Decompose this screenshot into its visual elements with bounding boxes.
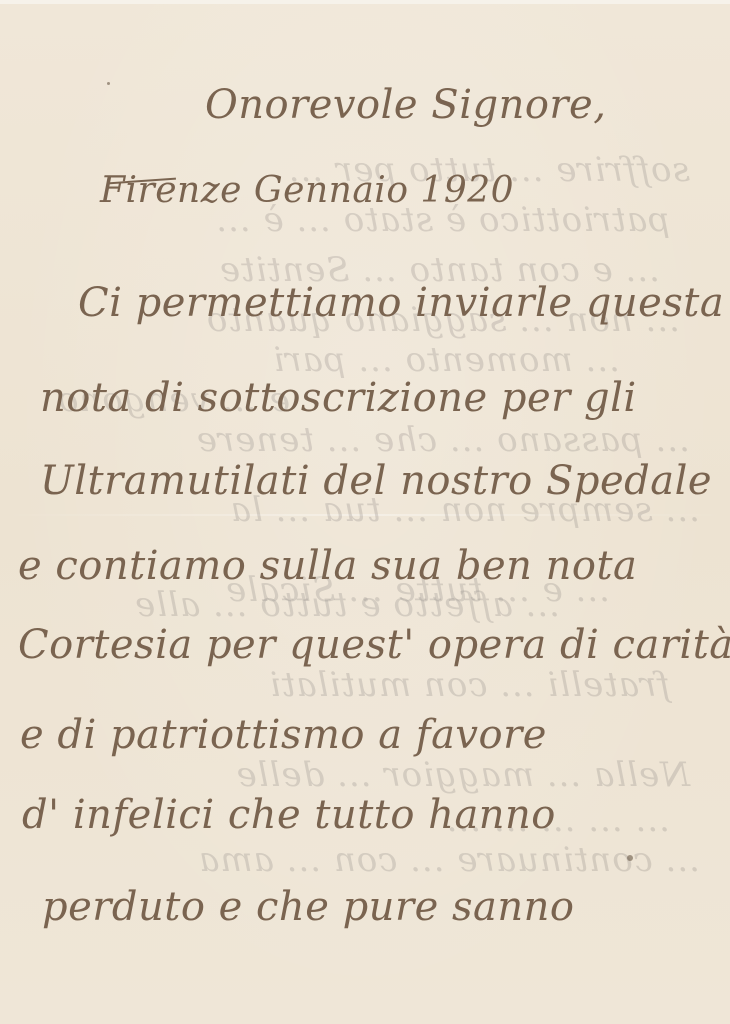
ink-blot xyxy=(627,855,633,861)
show-through-line: fratelli ... con mutilati xyxy=(269,665,670,705)
dateline: Firenze Gennaio 1920 xyxy=(100,170,514,211)
show-through-line: ... passano ... che ... tenere xyxy=(196,420,690,460)
body-line: Ultramutilati del nostro Spedale xyxy=(40,458,712,504)
show-through-line: ... continuare ... con ... ama xyxy=(198,840,700,880)
body-line: nota di sottoscrizione per gli xyxy=(40,375,637,421)
letter-page: soffrire ... tutto per ... patriottico è… xyxy=(0,0,730,1024)
body-line: Ci permettiamo inviarle questa xyxy=(78,280,724,326)
body-line: e contiamo sulla sua ben nota xyxy=(18,543,637,589)
body-line: perduto e che pure sanno xyxy=(42,884,574,930)
show-through-line: ... affetto e tutto ... alle xyxy=(134,585,560,625)
body-line: Cortesia per quest' opera di carità xyxy=(18,622,730,668)
paper-speck xyxy=(107,82,110,85)
body-line: e di patriottismo a favore xyxy=(20,712,547,758)
show-through-layer: soffrire ... tutto per ... patriottico è… xyxy=(0,0,730,1024)
dateline-text: Firenze Gennaio 1920 xyxy=(100,170,514,211)
show-through-line: Nella ... maggior ... delle xyxy=(236,755,690,795)
show-through-line: ... momento ... pari xyxy=(272,340,620,380)
salutation: Onorevole Signore, xyxy=(205,82,606,128)
body-line: d' infelici che tutto hanno xyxy=(22,792,556,838)
